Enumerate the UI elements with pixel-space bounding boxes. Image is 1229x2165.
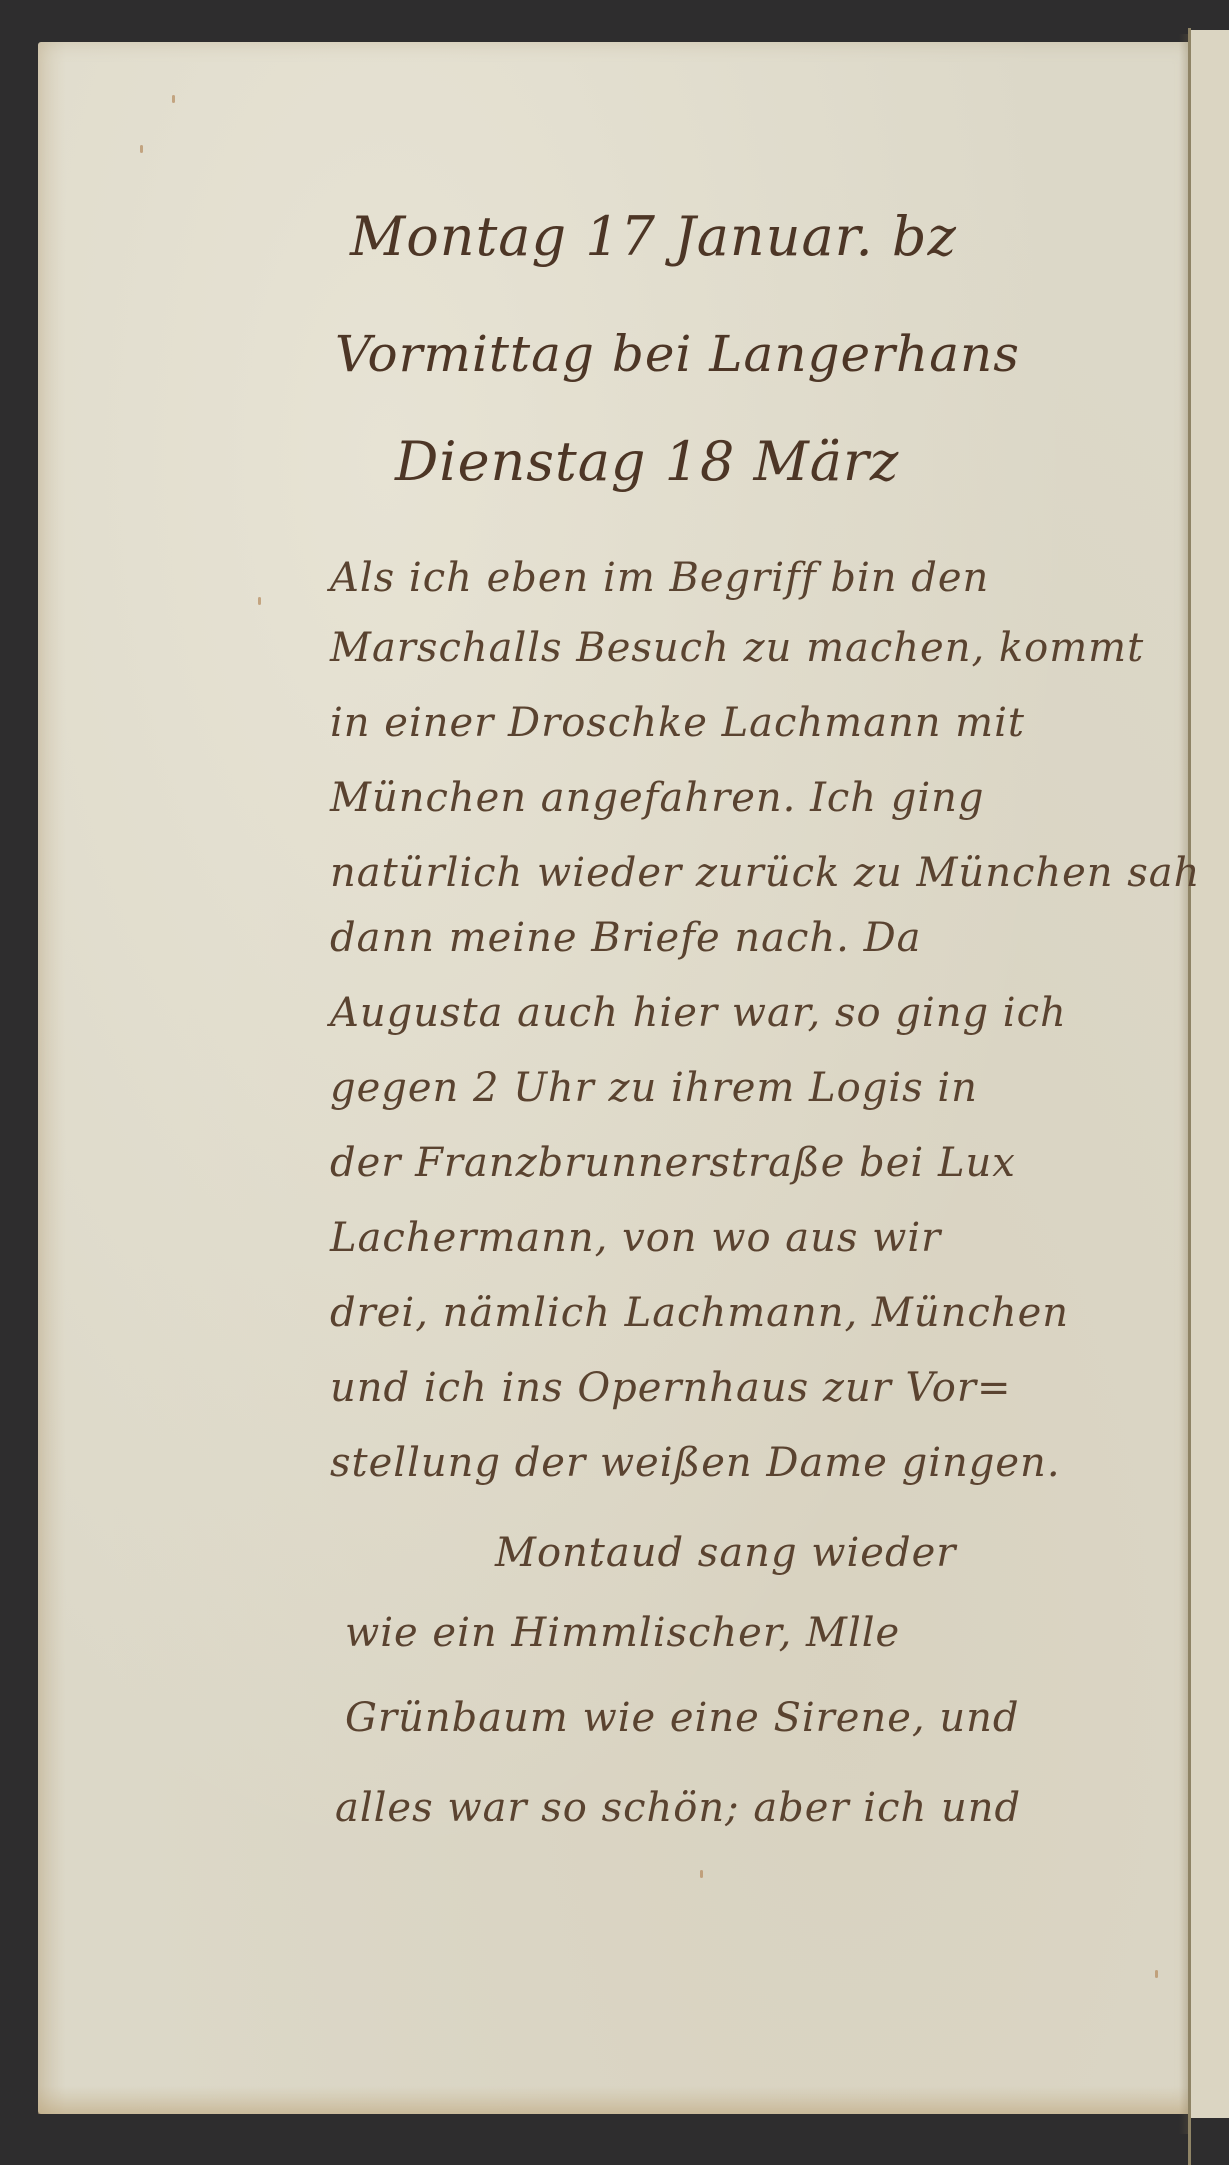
body-line-11: drei, nämlich Lachmann, München <box>330 1290 1069 1336</box>
heading-morning-langerhans: Vormittag bei Langerhans <box>335 325 1020 383</box>
body-line-7: Augusta auch hier war, so ging ich <box>330 990 1067 1036</box>
body-line-17: alles war so schön; aber ich und <box>335 1785 1021 1831</box>
body-line-13: stellung der weißen Dame gingen. <box>330 1440 1061 1486</box>
adjacent-page-edge <box>1191 30 1229 2118</box>
heading-date-tuesday: Dienstag 18 März <box>395 430 899 493</box>
body-line-4: München angefahren. Ich ging <box>330 775 985 821</box>
foxing-spot <box>258 597 261 605</box>
foxing-spot <box>700 1870 703 1878</box>
body-line-12: und ich ins Opernhaus zur Vor= <box>330 1365 1011 1411</box>
body-line-1: Als ich eben im Begriff bin den <box>330 555 989 601</box>
body-line-8: gegen 2 Uhr zu ihrem Logis in <box>330 1065 978 1111</box>
body-line-2: Marschalls Besuch zu machen, kommt <box>330 625 1144 671</box>
body-line-15: wie ein Himmlischer, Mlle <box>345 1610 900 1656</box>
body-line-6: dann meine Briefe nach. Da <box>330 915 922 961</box>
heading-date-monday: Montag 17 Januar. bz <box>350 205 957 268</box>
body-line-14: Montaud sang wieder <box>495 1530 956 1576</box>
page-edge-shading <box>38 2086 1194 2114</box>
binding-gutter <box>1188 28 1191 2165</box>
body-line-10: Lachermann, von wo aus wir <box>330 1215 941 1261</box>
body-line-5: natürlich wieder zurück zu München sah <box>330 850 1200 896</box>
body-line-16: Grünbaum wie eine Sirene, und <box>345 1695 1019 1741</box>
body-line-3: in einer Droschke Lachmann mit <box>330 700 1025 746</box>
foxing-spot <box>1155 1970 1158 1978</box>
foxing-spot <box>140 145 143 153</box>
foxing-spot <box>172 95 175 103</box>
body-line-9: der Franzbrunnerstraße bei Lux <box>330 1140 1016 1186</box>
